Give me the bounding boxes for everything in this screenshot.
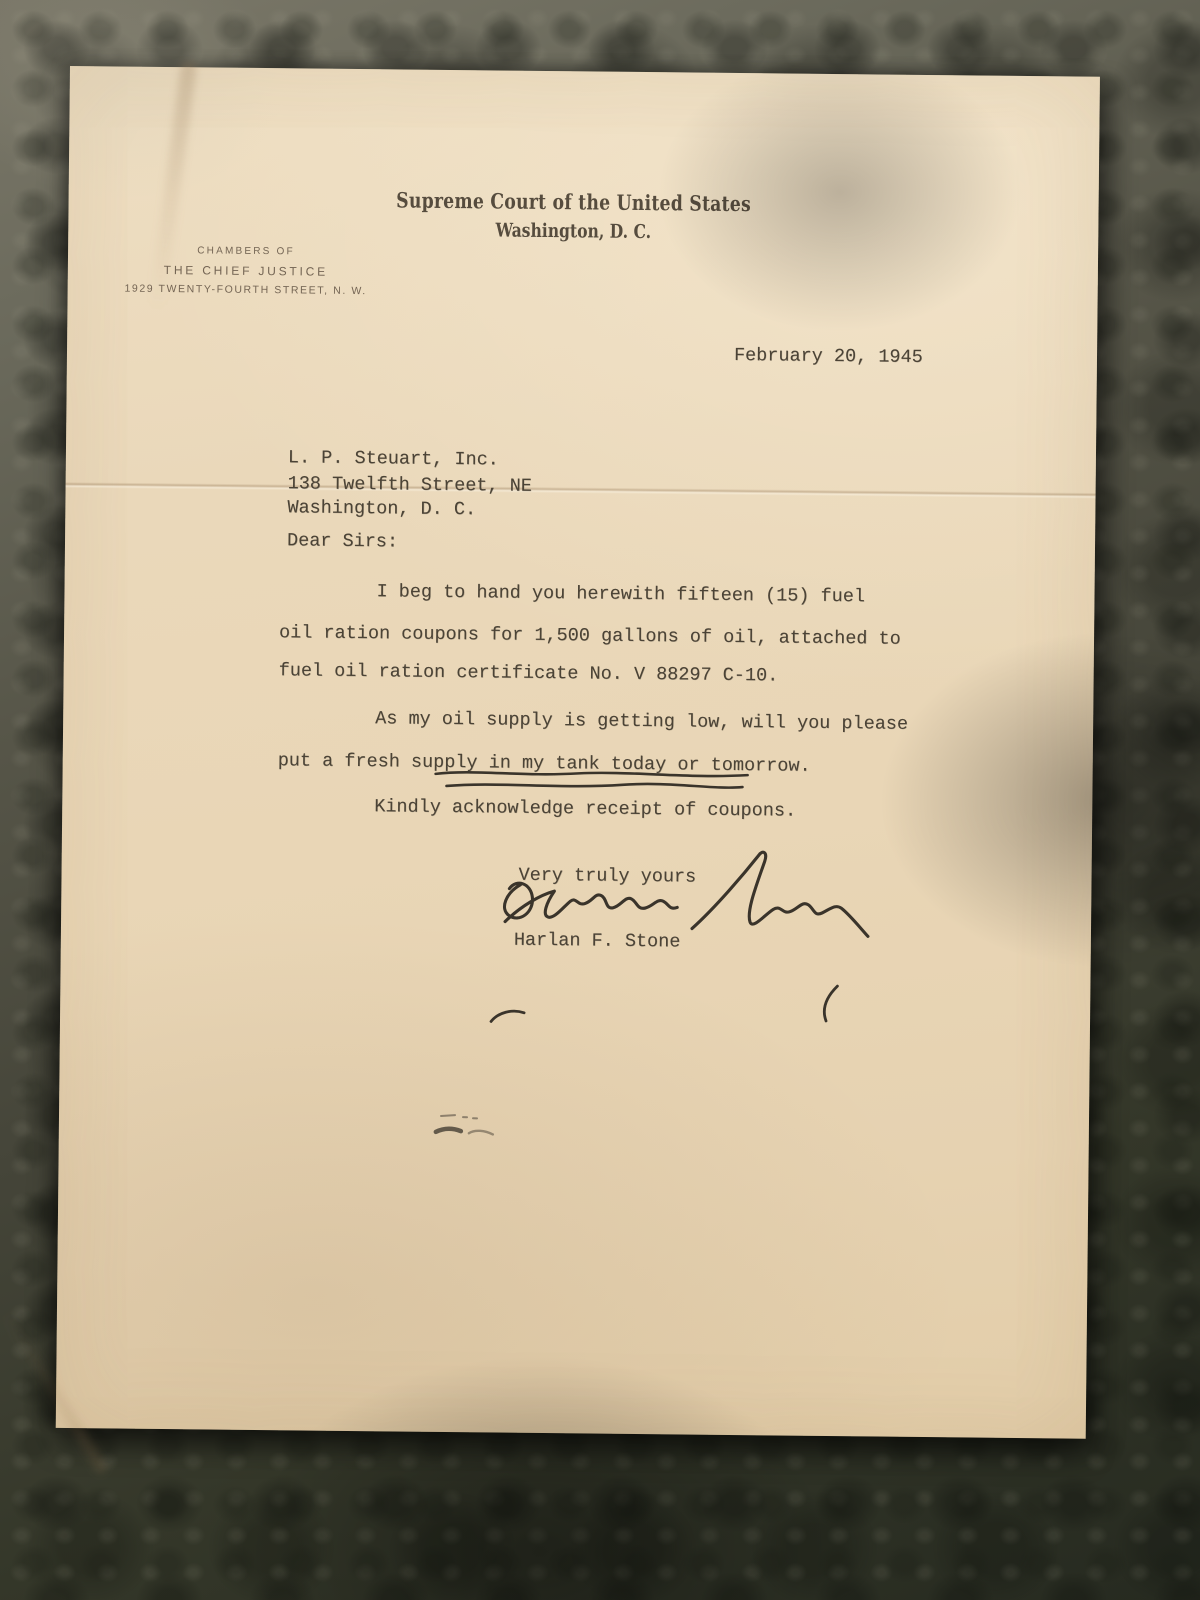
body-line-3: fuel oil ration certificate No. V 88297 … xyxy=(279,660,779,686)
body-line-4: As my oil supply is getting low, will yo… xyxy=(375,708,908,735)
letter-paper: Supreme Court of the United States Washi… xyxy=(56,66,1100,1439)
body-line-5: put a fresh supply in my tank today or t… xyxy=(278,750,811,777)
chambers-line-2: THE CHIEF JUSTICE xyxy=(118,263,374,280)
ink-double-underline xyxy=(430,766,760,795)
date-line: February 20, 1945 xyxy=(734,345,923,368)
letterhead-chambers-block: CHAMBERS OF THE CHIEF JUSTICE 1929 TWENT… xyxy=(118,245,375,298)
letterhead-city: Washington, D. C. xyxy=(143,216,1004,247)
chambers-line-3: 1929 TWENTY-FOURTH STREET, N. W. xyxy=(118,283,374,298)
recipient-city: Washington, D. C. xyxy=(287,497,476,520)
body-line-6: Kindly acknowledge receipt of coupons. xyxy=(374,796,796,821)
valediction: Very truly yours xyxy=(518,865,696,888)
body-line-1: I beg to hand you herewith fifteen (15) … xyxy=(376,581,865,607)
handwritten-signature xyxy=(496,843,877,942)
recipient-name: L. P. Steuart, Inc. xyxy=(288,447,499,470)
ink-smudge xyxy=(433,1108,503,1145)
stray-ink-mark-right xyxy=(814,984,844,1024)
typed-signature-name: Harlan F. Stone xyxy=(514,930,681,953)
letterhead-title: Supreme Court of the United States xyxy=(143,185,1004,219)
chambers-line-1: CHAMBERS OF xyxy=(118,245,374,259)
paper-crease-bottom-left xyxy=(0,1307,109,1475)
recipient-street: 138 Twelfth Street, NE xyxy=(288,473,532,497)
body-line-2: oil ration coupons for 1,500 gallons of … xyxy=(279,622,901,650)
paper-crease-top-left xyxy=(148,61,197,311)
paper-fold-crease xyxy=(66,482,1096,499)
stone-background: Supreme Court of the United States Washi… xyxy=(0,0,1200,1600)
stray-ink-mark-left xyxy=(488,1005,528,1027)
salutation: Dear Sirs: xyxy=(287,530,398,552)
